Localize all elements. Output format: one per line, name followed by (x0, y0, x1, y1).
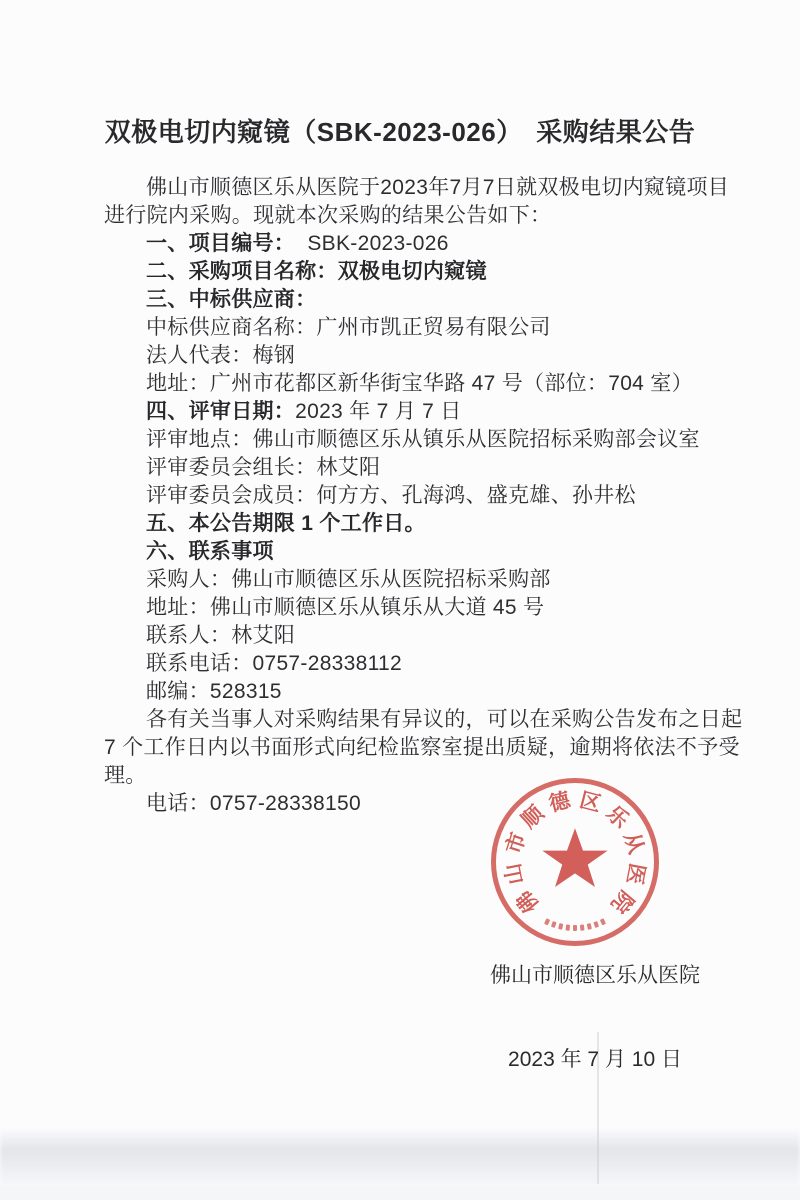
text-segment: 电话：0757-28338150 (146, 792, 361, 815)
text-segment: 中标供应商名称：广州市凯正贸易有限公司 (146, 316, 551, 339)
heading-segment: 五、本公告期限 1 个工作日。 (146, 512, 426, 535)
body-line: 邮编：528315 (104, 678, 754, 706)
body-line: 三、中标供应商： (104, 286, 754, 314)
scan-bottom-strip (0, 1186, 800, 1200)
text-segment: 采购人：佛山市顺德区乐从医院招标采购部 (146, 568, 551, 591)
body-line: 四、评审日期：2023 年 7 月 7 日 (104, 398, 754, 426)
page-title: 双极电切内窥镜（SBK-2023-026） 采购结果公告 (0, 112, 800, 149)
body-line: 评审委员会成员：何方方、孔海鸿、盛克雄、孙井松 (104, 482, 754, 510)
signature-org: 佛山市顺德区乐从医院 (486, 962, 704, 990)
body-line: 进行院内采购。现就本次采购的结果公告如下： (104, 202, 754, 230)
body-line: 评审地点：佛山市顺德区乐从镇乐从医院招标采购部会议室 (104, 426, 754, 454)
seal-serial-mark (580, 924, 585, 930)
document-page: 双极电切内窥镜（SBK-2023-026） 采购结果公告 佛山市顺德区乐从医院于… (0, 0, 800, 1200)
body-text: 佛山市顺德区乐从医院于2023年7月7日就双极电切内窥镜项目进行院内采购。现就本… (104, 174, 754, 818)
text-segment: SBK-2023-026 (295, 232, 449, 255)
body-line: 地址：佛山市顺德区乐从镇乐从大道 45 号 (104, 594, 754, 622)
scan-artifact-band (0, 1128, 800, 1186)
seal-serial-mark (566, 924, 571, 930)
body-line: 地址：广州市花都区新华街宝华路 47 号（部位：704 室） (104, 370, 754, 398)
heading-segment: 二、采购项目名称：双极电切内窥镜 (146, 260, 487, 283)
text-segment: 法人代表：梅钢 (146, 344, 295, 367)
seal-arc-char: 医 (621, 860, 649, 888)
body-line: 联系电话：0757-28338112 (104, 650, 754, 678)
text-segment: 邮编：528315 (146, 680, 282, 703)
text-segment: 评审委员会组长：林艾阳 (146, 456, 380, 479)
seal-arc-char: 山 (501, 860, 529, 888)
text-segment: 评审地点：佛山市顺德区乐从镇乐从医院招标采购部会议室 (146, 428, 700, 451)
heading-segment: 三、中标供应商： (146, 288, 316, 311)
seal-serial-mark (573, 925, 577, 931)
text-segment: 地址：佛山市顺德区乐从镇乐从大道 45 号 (146, 596, 544, 619)
text-segment: 各有关当事人对采购结果有异议的，可以在采购公告发布之日起 (146, 708, 742, 731)
body-line: 联系人：林艾阳 (104, 622, 754, 650)
text-segment: 理。 (104, 764, 147, 787)
official-seal: 佛山市顺德区乐从医院 (491, 778, 659, 946)
body-line: 法人代表：梅钢 (104, 342, 754, 370)
heading-segment: 六、联系事项 (146, 540, 274, 563)
text-segment: 联系人：林艾阳 (146, 624, 295, 647)
heading-segment: 四、评审日期： (146, 400, 295, 423)
body-line: 六、联系事项 (104, 538, 754, 566)
text-segment: 佛山市顺德区乐从医院于2023年7月7日就双极电切内窥镜项目 (146, 176, 729, 199)
body-line: 中标供应商名称：广州市凯正贸易有限公司 (104, 314, 754, 342)
body-line: 评审委员会组长：林艾阳 (104, 454, 754, 482)
text-segment: 地址：广州市花都区新华街宝华路 47 号（部位：704 室） (146, 372, 693, 395)
body-line: 五、本公告期限 1 个工作日。 (104, 510, 754, 538)
body-line: 采购人：佛山市顺德区乐从医院招标采购部 (104, 566, 754, 594)
text-segment: 2023 年 7 月 7 日 (295, 400, 461, 423)
body-line: 各有关当事人对采购结果有异议的，可以在采购公告发布之日起 (104, 706, 754, 734)
text-segment: 评审委员会成员：何方方、孔海鸿、盛克雄、孙井松 (146, 484, 636, 507)
text-segment: 进行院内采购。现就本次采购的结果公告如下： (104, 204, 551, 227)
heading-segment: 一、项目编号： (146, 232, 295, 255)
text-segment: 7 个工作日内以书面形式向纪检监察室提出质疑，逾期将依法不予受 (104, 736, 740, 759)
text-segment: 联系电话：0757-28338112 (146, 652, 402, 675)
signature-date: 2023 年 7 月 10 日 (486, 1046, 704, 1074)
body-line: 7 个工作日内以书面形式向纪检监察室提出质疑，逾期将依法不予受 (104, 734, 754, 762)
body-line: 佛山市顺德区乐从医院于2023年7月7日就双极电切内窥镜项目 (104, 174, 754, 202)
body-line: 二、采购项目名称：双极电切内窥镜 (104, 258, 754, 286)
body-line: 一、项目编号： SBK-2023-026 (104, 230, 754, 258)
